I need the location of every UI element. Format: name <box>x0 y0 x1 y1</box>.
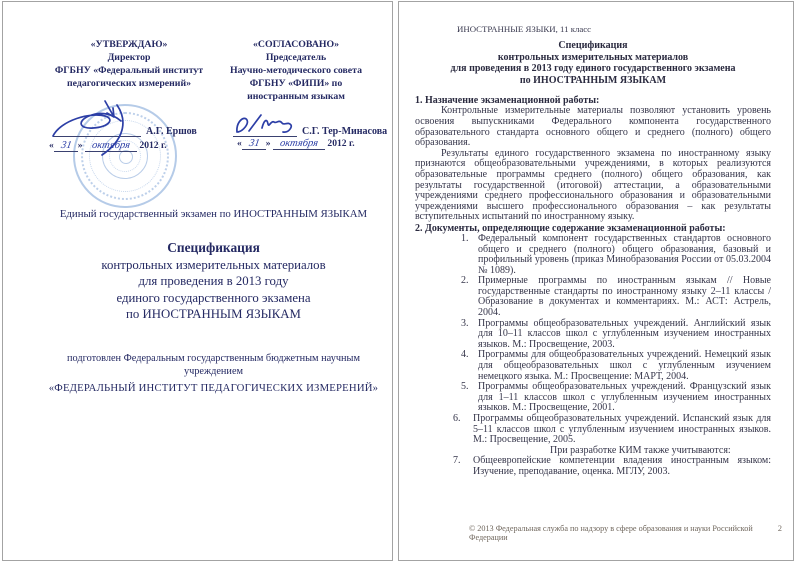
list-item-text: Примерные программы по иностранным языка… <box>478 275 771 318</box>
quote-close: » <box>78 140 83 151</box>
handwritten-day: 31 <box>248 139 260 149</box>
institute-name: «ФЕДЕРАЛЬНЫЙ ИНСТИТУТ ПЕДАГОГИЧЕСКИХ ИЗМ… <box>3 382 392 394</box>
list-item-number: 1. <box>461 234 469 245</box>
approve-title: «УТВЕРЖДАЮ» <box>29 38 229 51</box>
agree-block: «СОГЛАСОВАНО» Председатель Научно-методи… <box>208 38 384 103</box>
list-item: 2. Примерные программы по иностранным яз… <box>415 276 771 318</box>
list-item-number: 3. <box>461 319 469 330</box>
agree-line: ФГБНУ «ФИПИ» по <box>208 77 384 90</box>
list-item-number: 7. <box>453 456 461 467</box>
date-day-blank: 31 <box>242 139 266 150</box>
cover-title-line: контрольных измерительных материалов <box>35 257 392 274</box>
agree-date-line: «31» октября 2012 г. <box>237 138 355 150</box>
handwritten-month: октября <box>279 139 319 149</box>
list-item-number: 4. <box>461 350 469 361</box>
list-item: 3. Программы общеобразовательных учрежде… <box>415 319 771 351</box>
spec-title-line: для проведения в 2013 году единого госуд… <box>415 63 771 75</box>
approve-date-line: «31» октября 2012 г. <box>49 140 167 152</box>
handwritten-month: октября <box>91 141 131 151</box>
cover-title-line: по ИНОСТРАННЫМ ЯЗЫКАМ <box>35 306 392 323</box>
date-month-blank: октября <box>273 139 325 150</box>
prepared-by-block: подготовлен Федеральным государственным … <box>3 352 392 378</box>
date-day-blank: 31 <box>54 141 78 152</box>
list-item-text: Федеральный компонент государственных ст… <box>478 233 771 276</box>
section1-paragraph: Контрольные измерительные материалы позв… <box>415 106 771 148</box>
left-page: «УТВЕРЖДАЮ» Директор ФГБНУ «Федеральный … <box>2 1 393 561</box>
date-year: 2012 г. <box>139 140 166 151</box>
approve-line: педагогических измерений» <box>29 77 229 90</box>
spec-title-line: контрольных измерительных материалов <box>415 52 771 64</box>
right-page: ИНОСТРАННЫЕ ЯЗЫКИ, 11 класс Спецификация… <box>398 1 794 561</box>
running-header: ИНОСТРАННЫЕ ЯЗЫКИ, 11 класс <box>457 24 771 34</box>
list-item-text: Программы общеобразовательных учреждений… <box>473 413 771 445</box>
agree-line: иностранным языкам <box>208 90 384 103</box>
list-item-text: Общеевропейские компетенции владения ино… <box>473 455 771 477</box>
page-footer: © 2013 Федеральная служба по надзору в с… <box>469 524 782 542</box>
list-item: 6. Программы общеобразовательных учрежде… <box>415 414 771 446</box>
signature-line <box>233 116 297 137</box>
footer-page-number: 2 <box>778 524 782 542</box>
handwritten-day: 31 <box>60 141 72 151</box>
spec-title-block: Спецификация контрольных измерительных м… <box>415 40 771 86</box>
agree-signature-row: С.Г. Тер-Минасова <box>233 116 387 137</box>
list-item: 5. Программы общеобразовательных учрежде… <box>415 382 771 414</box>
approve-signature-row: А.Г. Ершов <box>53 120 197 137</box>
agree-line: Председатель <box>208 51 384 64</box>
ter-minasova-signature-icon <box>233 113 295 139</box>
list-item-number: 2. <box>461 276 469 287</box>
exam-subject-line: Единый государственный экзамен по ИНОСТР… <box>3 208 392 220</box>
list-item-text: Программы для общеобразовательных учрежд… <box>478 349 771 381</box>
cover-title-block: Спецификация контрольных измерительных м… <box>3 240 392 323</box>
list-item-text: Программы общеобразовательных учреждений… <box>478 381 771 413</box>
cover-title-line: единого государственного экзамена <box>35 290 392 307</box>
seal-center <box>119 150 133 164</box>
list-item: 4. Программы для общеобразовательных учр… <box>415 350 771 382</box>
approve-line: ФГБНУ «Федеральный институт <box>29 64 229 77</box>
prepared-line: учреждением <box>35 365 392 378</box>
list-item: 7. Общеевропейские компетенции владения … <box>415 456 771 477</box>
prepared-line: подготовлен Федеральным государственным … <box>35 352 392 365</box>
agree-title: «СОГЛАСОВАНО» <box>208 38 384 51</box>
signature-line <box>53 120 141 137</box>
spec-title-line: Спецификация <box>415 40 771 52</box>
list-item-number: 5. <box>461 382 469 393</box>
list-item-number: 6. <box>453 414 461 425</box>
approve-signer-name: А.Г. Ершов <box>146 126 197 137</box>
spec-title-line: по ИНОСТРАННЫМ ЯЗЫКАМ <box>415 75 771 87</box>
right-page-content: ИНОСТРАННЫЕ ЯЗЫКИ, 11 класс Спецификация… <box>415 24 771 478</box>
quote-close: » <box>266 138 271 149</box>
approve-block: «УТВЕРЖДАЮ» Директор ФГБНУ «Федеральный … <box>29 38 229 90</box>
date-month-blank: октября <box>85 141 137 152</box>
date-year: 2012 г. <box>327 138 354 149</box>
document-spread: «УТВЕРЖДАЮ» Директор ФГБНУ «Федеральный … <box>0 0 800 561</box>
cover-title-line: для проведения в 2013 году <box>35 273 392 290</box>
cover-title: Спецификация <box>35 240 392 257</box>
list-item-text: Программы общеобразовательных учреждений… <box>478 318 771 350</box>
approve-line: Директор <box>29 51 229 64</box>
list-item: 1. Федеральный компонент государственных… <box>415 234 771 276</box>
footer-copyright: © 2013 Федеральная служба по надзору в с… <box>469 524 778 542</box>
section1-paragraph: Результаты единого государственного экза… <box>415 149 771 223</box>
agree-signer-name: С.Г. Тер-Минасова <box>302 126 387 137</box>
agree-line: Научно-методического совета <box>208 64 384 77</box>
